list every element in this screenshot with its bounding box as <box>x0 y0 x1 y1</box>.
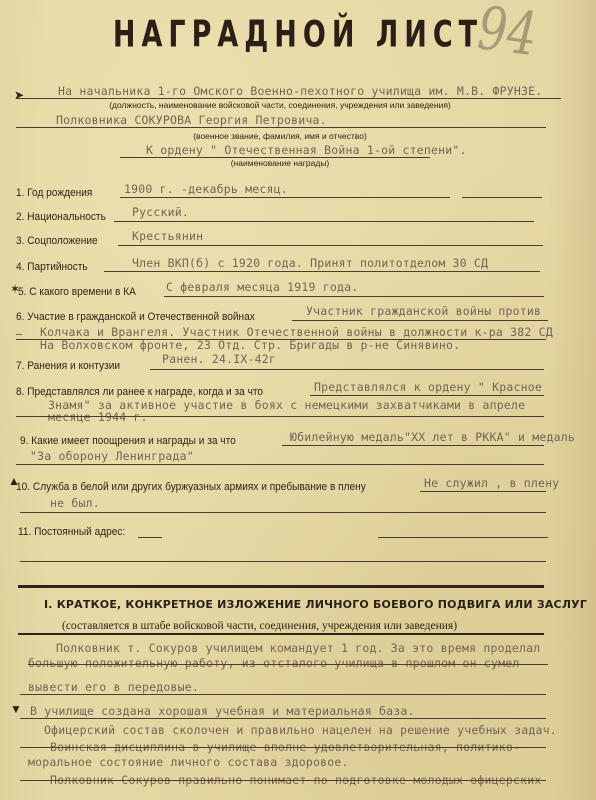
field-line <box>462 197 542 198</box>
field-line <box>16 416 544 417</box>
field-line <box>292 320 548 321</box>
field-value-social-status: Крестьянин <box>132 229 203 243</box>
strike-line <box>28 664 548 665</box>
field-value-war-participation-line3: На Волховском фронте, 23 Отд. Стр. Брига… <box>40 338 460 352</box>
field-line <box>114 221 534 222</box>
strike-line <box>20 780 546 781</box>
section-subheading: (составляется в штабе войсковой части, с… <box>62 620 457 632</box>
field-line <box>282 445 544 446</box>
narrative-line: моральное состояние личного состава здор… <box>28 755 349 769</box>
field-line <box>164 296 544 297</box>
field-line <box>420 491 546 492</box>
field-value-previous-awards: Представлялся к ордену " Красное <box>314 380 542 394</box>
field-line <box>378 537 548 538</box>
field-value-foreign-service: Не служил , в плену <box>424 476 559 490</box>
field-value-party: Член ВКП(б) с 1920 года. Принят политотд… <box>132 256 488 270</box>
field-label-decorations: 9. Какие имеет поощрения и награды и за … <box>20 435 236 447</box>
field-line <box>150 369 544 370</box>
recipient-value: На начальника 1-го Омского Военно-пехотн… <box>58 84 542 98</box>
section-divider-top <box>18 585 544 588</box>
section-heading: I. КРАТКОЕ, КОНКРЕТНОЕ ИЗЛОЖЕНИЕ ЛИЧНОГО… <box>44 598 587 611</box>
field-line <box>20 512 546 513</box>
field-label-previous-awards: 8. Представлялся ли ранее к награде, ког… <box>16 386 263 398</box>
award-caption: (наименование награды) <box>190 158 370 168</box>
field-value-nationality: Русский. <box>132 205 189 219</box>
name-caption: (военное звание, фамилия, имя и отчество… <box>150 131 410 141</box>
recipient-caption: (должность, наименование войсковой части… <box>80 100 480 110</box>
name-value: Полковника СОКУРОВА Георгия Петровича. <box>56 113 327 127</box>
award-value: К ордену " Отечественная Война 1-ой степ… <box>146 143 467 157</box>
field-line <box>138 537 162 538</box>
handwritten-page-number: 94 <box>475 0 539 70</box>
field-label-nationality: 2. Национальность <box>16 211 106 223</box>
field-value-foreign-service-line2: не был. <box>50 496 100 510</box>
strike-line <box>20 747 546 748</box>
field-label-birth-year: 1. Год рождения <box>16 187 92 199</box>
field-label-army-since: 5. С какого времени в КА <box>18 286 136 298</box>
section-divider-bottom <box>18 633 544 635</box>
field-label-social-status: 3. Соцположение <box>16 235 98 247</box>
field-label-party: 4. Партийность <box>16 261 88 273</box>
pen-mark-icon: ▼ <box>10 702 22 717</box>
narrative-line: вывести его в передовые. <box>28 680 199 694</box>
narrative-line: большую положительную работу, из отстало… <box>28 656 520 670</box>
field-line <box>120 197 450 198</box>
narrative-line: В училище создана хорошая учебная и мате… <box>30 704 415 718</box>
field-line <box>118 245 543 246</box>
field-line <box>16 464 544 465</box>
field-value-war-participation: Участник гражданской войны против <box>306 304 541 318</box>
field-line <box>20 718 546 719</box>
field-value-decorations: Юбилейную медаль"XX лет в РККА" и медаль <box>290 430 575 444</box>
field-value-war-participation-line2: Колчака и Врангеля. Участник Отечественн… <box>40 325 553 339</box>
field-label-foreign-service: 10. Служба в белой или других буржуазных… <box>16 481 366 493</box>
field-line <box>20 561 546 562</box>
field-value-birth-year: 1900 г. -декабрь месяц. <box>124 182 288 196</box>
field-value-wounds: Ранен. 24.IX-42г <box>162 352 276 366</box>
recipient-line <box>16 98 561 99</box>
narrative-line: Офицерский состав сколочен и правильно н… <box>44 723 557 737</box>
field-value-previous-awards-line3: месяце 1944 г. <box>48 410 148 424</box>
field-label-wounds: 7. Ранения и контузии <box>16 360 120 372</box>
narrative-line: Полковник т. Сокуров училищем командует … <box>56 641 540 655</box>
field-value-decorations-line2: "За оборону Ленинграда" <box>30 449 194 463</box>
field-line <box>104 271 540 272</box>
field-label-address: 11. Постоянный адрес: <box>18 526 125 538</box>
field-line <box>310 395 544 396</box>
field-label-war-participation: 6. Участие в гражданской и Отечественной… <box>16 311 255 323</box>
name-line <box>16 127 546 128</box>
field-line <box>20 694 546 695</box>
field-value-army-since: С февраля месяца 1919 года. <box>166 280 358 294</box>
arrow-mark-icon: ➤ <box>14 88 24 103</box>
